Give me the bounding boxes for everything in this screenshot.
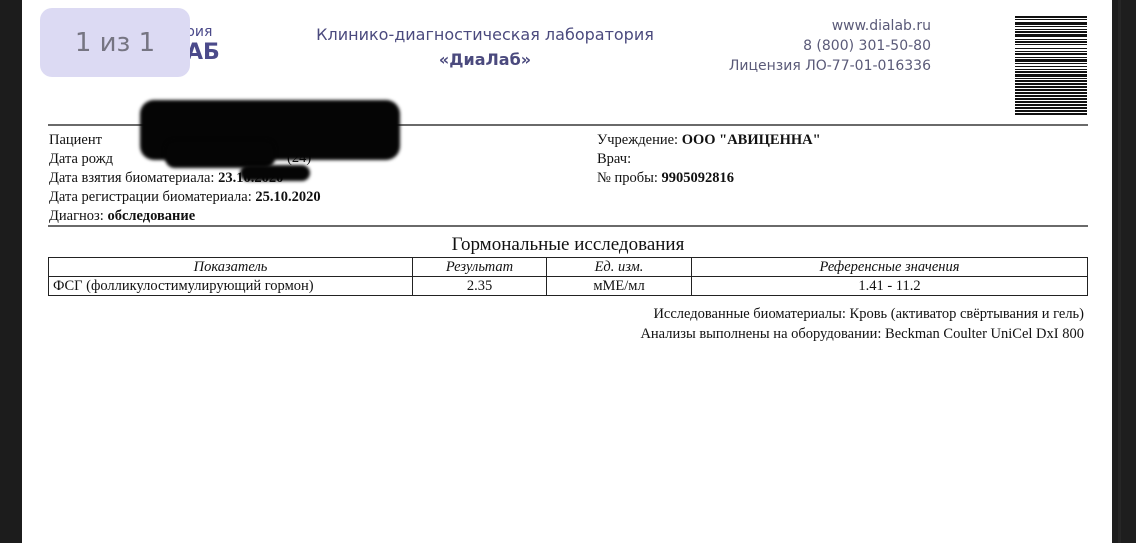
phone-number: 8 (800) 301-50-80 [729,36,931,56]
reference-cell: 1.41 - 11.2 [692,277,1088,296]
registration-date: 25.10.2020 [255,189,320,205]
institution-row: Учреждение: ООО "АВИЦЕННА" [597,131,821,150]
doctor-row: Врач: [597,150,821,169]
barcode-icon [1015,16,1087,116]
lab-name: «ДиаЛаб» [300,47,670,72]
institution-value: ООО "АВИЦЕННА" [682,132,821,148]
equipment-note: Анализы выполнены на оборудовании: Beckm… [640,324,1084,344]
registration-date-row: Дата регистрации биоматериала: 25.10.202… [49,188,321,207]
section-title: Гормональные исследования [48,234,1088,256]
lab-title: Клинико-диагностическая лаборатория «Диа… [300,22,670,72]
result-cell: 2.35 [413,277,547,296]
page-indicator: 1 из 1 [40,8,190,77]
biomaterial-note: Исследованные биоматериалы: Кровь (актив… [640,304,1084,324]
notes: Исследованные биоматериалы: Кровь (актив… [640,304,1084,344]
info-divider [48,225,1088,227]
redaction-mark [240,165,310,181]
results-table: Показатель Результат Ед. изм. Референсны… [48,257,1088,296]
license-number: Лицензия ЛО-77-01-016336 [729,56,931,76]
column-header: Результат [413,258,547,277]
sample-row: № пробы: 9905092816 [597,169,821,188]
table-header-row: Показатель Результат Ед. изм. Референсны… [49,258,1088,277]
column-header: Ед. изм. [547,258,692,277]
lab-contacts: www.dialab.ru 8 (800) 301-50-80 Лицензия… [729,16,931,76]
website-link[interactable]: www.dialab.ru [729,16,931,36]
diagnosis-value: обследование [107,208,195,224]
table-row: ФСГ (фолликулостимулирующий гормон) 2.35… [49,277,1088,296]
lab-title-line1: Клинико-диагностическая лаборатория [300,22,670,47]
column-header: Референсные значения [692,258,1088,277]
unit-cell: мМЕ/мл [547,277,692,296]
viewer-edge [1112,0,1136,543]
redaction-mark [165,140,275,168]
logo-text-bottom: АБ [186,40,220,65]
patient-info-right: Учреждение: ООО "АВИЦЕННА" Врач: № пробы… [597,131,821,188]
sample-number: 9905092816 [662,170,735,186]
diagnosis-row: Диагноз: обследование [49,207,321,226]
indicator-cell: ФСГ (фолликулостимулирующий гормон) [49,277,413,296]
column-header: Показатель [49,258,413,277]
